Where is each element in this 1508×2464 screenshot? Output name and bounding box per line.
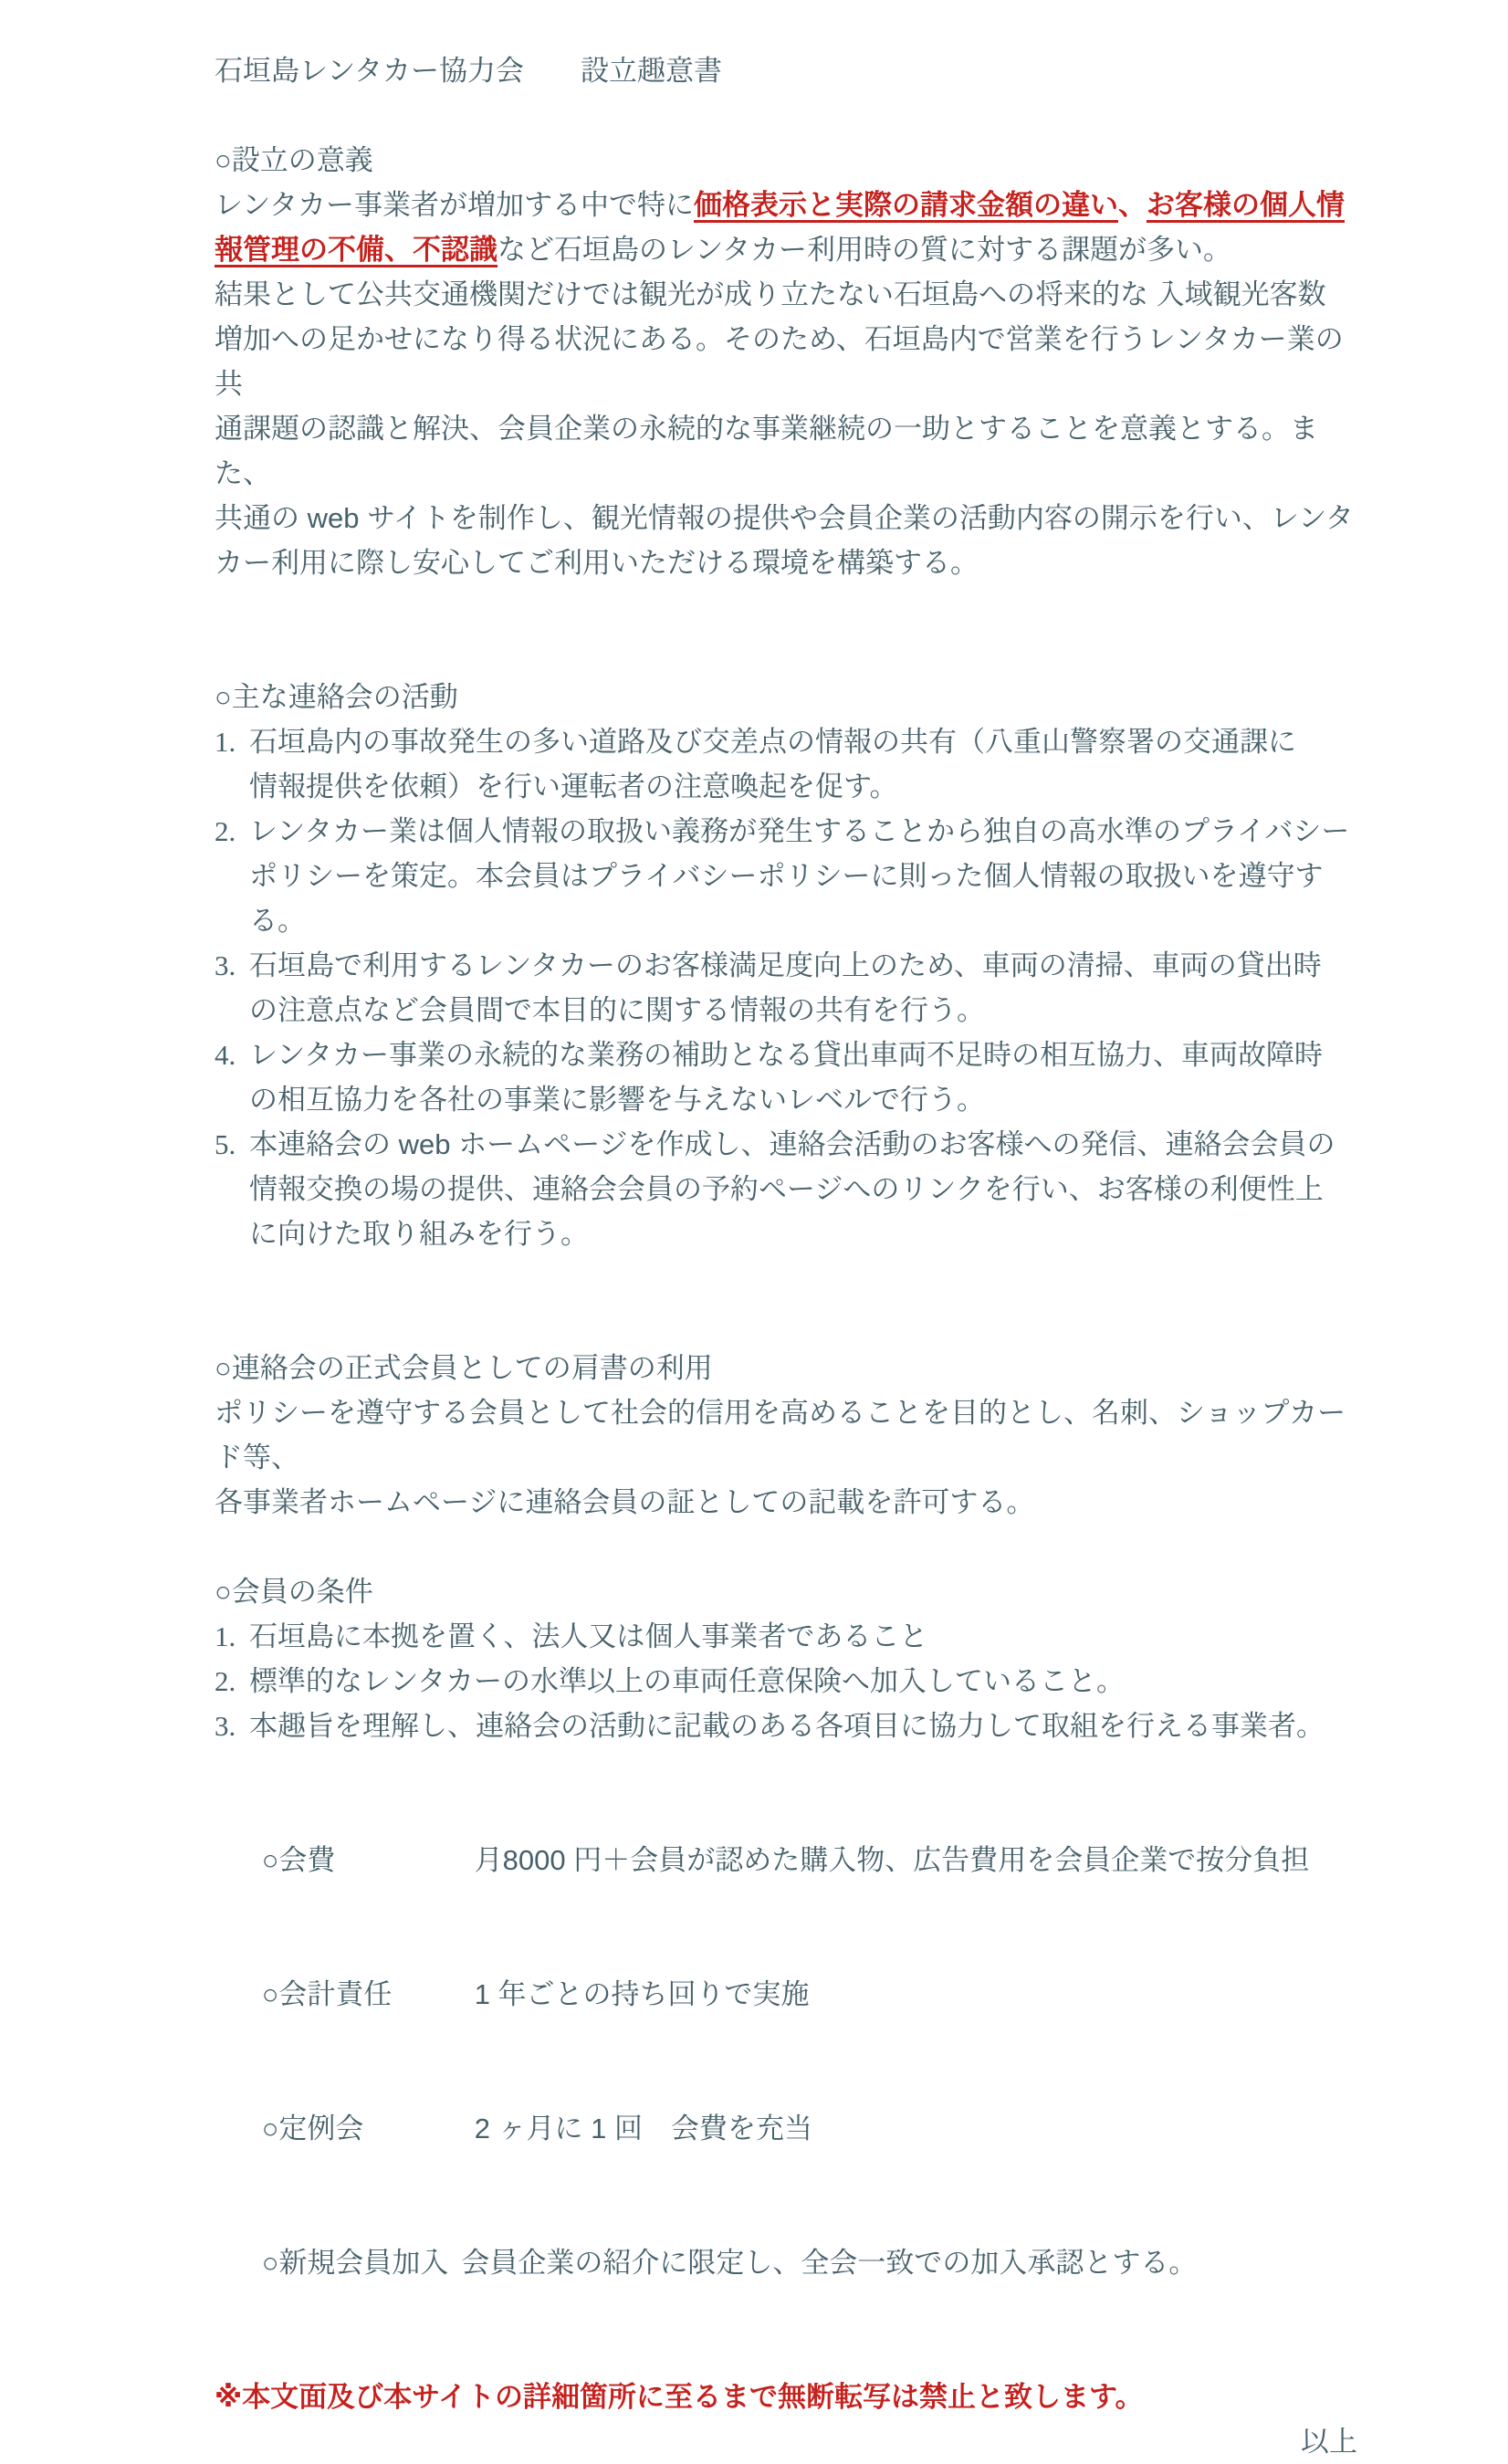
term-row: ○会費月8000 円＋会員が認めた購入物、広告費用を会員企業で按分負担 [215, 1793, 1367, 1927]
spacer [215, 93, 1367, 138]
paragraph-line: レンタカー事業者が増加する中で特に価格表示と実際の請求金額の違い、お客様の個人情 [215, 183, 1367, 227]
list-item-line: 情報提供を依頼）を行い運転者の注意喚起を促す。 [249, 764, 1367, 809]
spacer [215, 2330, 1367, 2375]
section-heading: ○会員の条件 [215, 1569, 1367, 1614]
list-item: 4. レンタカー事業の永続的な業務の補助となる貸出車両不足時の相互協力、車両故障… [215, 1033, 1367, 1122]
spacer [215, 1256, 1367, 1346]
spacer [215, 1748, 1367, 1793]
list-item-line: レンタカー業は個人情報の取扱い義務が発生することから独自の高水準のプライバシー [249, 809, 1367, 854]
list-item-line: ポリシーを策定。本会員はプライバシーポリシーに則った個人情報の取扱いを遵守する。 [249, 854, 1367, 943]
list-item-number: 3. [215, 943, 236, 988]
list-item-line: 情報交換の場の提供、連絡会会員の予約ページへのリンクを行い、お客様の利便性上 [249, 1167, 1367, 1211]
list-item-line: の相互協力を各社の事業に影響を与えないレベルで行う。 [249, 1077, 1367, 1122]
page-title: 石垣島レンタカー協力会 設立趣意書 [215, 48, 1367, 93]
term-row: ○新規会員加入会員企業の紹介に限定し、全会一致での加入承認とする。 [215, 2196, 1367, 2330]
conditions-section: ○会員の条件 1. 石垣島に本拠を置く、法人又は個人事業者であること 2. 標準… [215, 1569, 1367, 1748]
list-item-number: 2. [215, 1659, 236, 1704]
term-value: 月8000 円＋会員が認めた購入物、広告費用を会員企業で按分負担 [475, 1844, 1310, 1876]
paragraph-line: 各事業者ホームページに連絡会員の証としての記載を許可する。 [215, 1480, 1367, 1525]
membership-title-section: ○連絡会の正式会員としての肩書の利用 ポリシーを遵守する会員として社会的信用を高… [215, 1346, 1367, 1525]
paragraph-line: 増加への足かせになり得る状況にある。そのため、石垣島内で営業を行うレンタカー業の… [215, 317, 1367, 406]
list-item: 2. レンタカー業は個人情報の取扱い義務が発生することから独自の高水準のプライバ… [215, 809, 1367, 943]
list-item: 1. 石垣島内の事故発生の多い道路及び交差点の情報の共有（八重山警察署の交通課に… [215, 719, 1367, 809]
list-item-line: 石垣島に本拠を置く、法人又は個人事業者であること [249, 1614, 1367, 1659]
activities-section: ○主な連絡会の活動 1. 石垣島内の事故発生の多い道路及び交差点の情報の共有（八… [215, 675, 1367, 1256]
terms-section: ○会費月8000 円＋会員が認めた購入物、広告費用を会員企業で按分負担 ○会計責… [215, 1793, 1367, 2330]
list-item-line: に向けた取り組みを行う。 [249, 1211, 1367, 1256]
list-item-line: 標準的なレンタカーの水準以上の車両任意保険へ加入していること。 [249, 1659, 1367, 1704]
term-value: 2 ヶ月に 1 回 会費を充当 [475, 2113, 812, 2144]
paragraph-line: 通課題の認識と解決、会員企業の永続的な事業継続の一助とすることを意義とする。また… [215, 406, 1367, 496]
paragraph-line: カー利用に際し安心してご利用いただける環境を構築する。 [215, 540, 1367, 585]
section-heading: ○連絡会の正式会員としての肩書の利用 [215, 1346, 1367, 1390]
list-item-line: 本趣旨を理解し、連絡会の活動に記載のある各項目に協力して取組を行える事業者。 [249, 1704, 1367, 1748]
list-item-number: 1. [215, 719, 236, 764]
paragraph-line: 共通の web サイトを制作し、観光情報の提供や会員企業の活動内容の開示を行い、… [215, 496, 1367, 540]
paragraph-line: ポリシーを遵守する会員として社会的信用を高めることを目的とし、名刺、ショップカー… [215, 1390, 1367, 1480]
list-item: 3. 石垣島で利用するレンタカーのお客様満足度向上のため、車両の清掃、車両の貸出… [215, 943, 1367, 1033]
list-item-number: 4. [215, 1033, 236, 1077]
term-label: ○定例会 [262, 2106, 475, 2151]
term-row: ○定例会2 ヶ月に 1 回 会費を充当 [215, 2061, 1367, 2196]
list-item-number: 5. [215, 1122, 236, 1167]
term-label: ○新規会員加入 [262, 2240, 449, 2285]
list-item-line: 石垣島内の事故発生の多い道路及び交差点の情報の共有（八重山警察署の交通課に [249, 719, 1367, 764]
list-item: 2. 標準的なレンタカーの水準以上の車両任意保険へ加入していること。 [215, 1659, 1367, 1704]
term-value: 会員企業の紹介に限定し、全会一致での加入承認とする。 [461, 2247, 1197, 2279]
list-item-line: 本連絡会の web ホームページを作成し、連絡会活動のお客様への発信、連絡会会員… [249, 1122, 1367, 1167]
list-item: 3. 本趣旨を理解し、連絡会の活動に記載のある各項目に協力して取組を行える事業者… [215, 1704, 1367, 1748]
section-heading: ○設立の意義 [215, 138, 1367, 183]
term-row: ○会計責任1 年ごとの持ち回りで実施 [215, 1927, 1367, 2061]
notice-text: ※本文面及び本サイトの詳細箇所に至るまで無断転写は禁止と致します。 [215, 2375, 1367, 2419]
paragraph-line: 結果として公共交通機関だけでは観光が成り立たない石垣島への将来的な 入域観光客数 [215, 272, 1367, 317]
spacer [215, 1525, 1367, 1569]
list-item-line: の注意点など会員間で本目的に関する情報の共有を行う。 [249, 988, 1367, 1033]
founding-section: ○設立の意義 レンタカー事業者が増加する中で特に価格表示と実際の請求金額の違い、… [215, 138, 1367, 585]
list-item-line: 石垣島で利用するレンタカーのお客様満足度向上のため、車両の清掃、車両の貸出時 [249, 943, 1367, 988]
closing-text: 以上 [215, 2419, 1367, 2464]
list-item: 5. 本連絡会の web ホームページを作成し、連絡会活動のお客様への発信、連絡… [215, 1122, 1367, 1256]
list-item: 1. 石垣島に本拠を置く、法人又は個人事業者であること [215, 1614, 1367, 1659]
spacer [215, 585, 1367, 675]
term-label: ○会費 [262, 1838, 475, 1882]
list-item-number: 2. [215, 809, 236, 854]
document-page: 石垣島レンタカー協力会 設立趣意書 ○設立の意義 レンタカー事業者が増加する中で… [215, 48, 1367, 2464]
term-label: ○会計責任 [262, 1972, 475, 2017]
section-heading: ○主な連絡会の活動 [215, 675, 1367, 719]
term-value: 1 年ごとの持ち回りで実施 [475, 1978, 810, 2010]
paragraph-line: 報管理の不備、不認識など石垣島のレンタカー利用時の質に対する課題が多い。 [215, 227, 1367, 272]
list-item-line: レンタカー事業の永続的な業務の補助となる貸出車両不足時の相互協力、車両故障時 [249, 1033, 1367, 1077]
list-item-number: 1. [215, 1614, 236, 1659]
list-item-number: 3. [215, 1704, 236, 1748]
